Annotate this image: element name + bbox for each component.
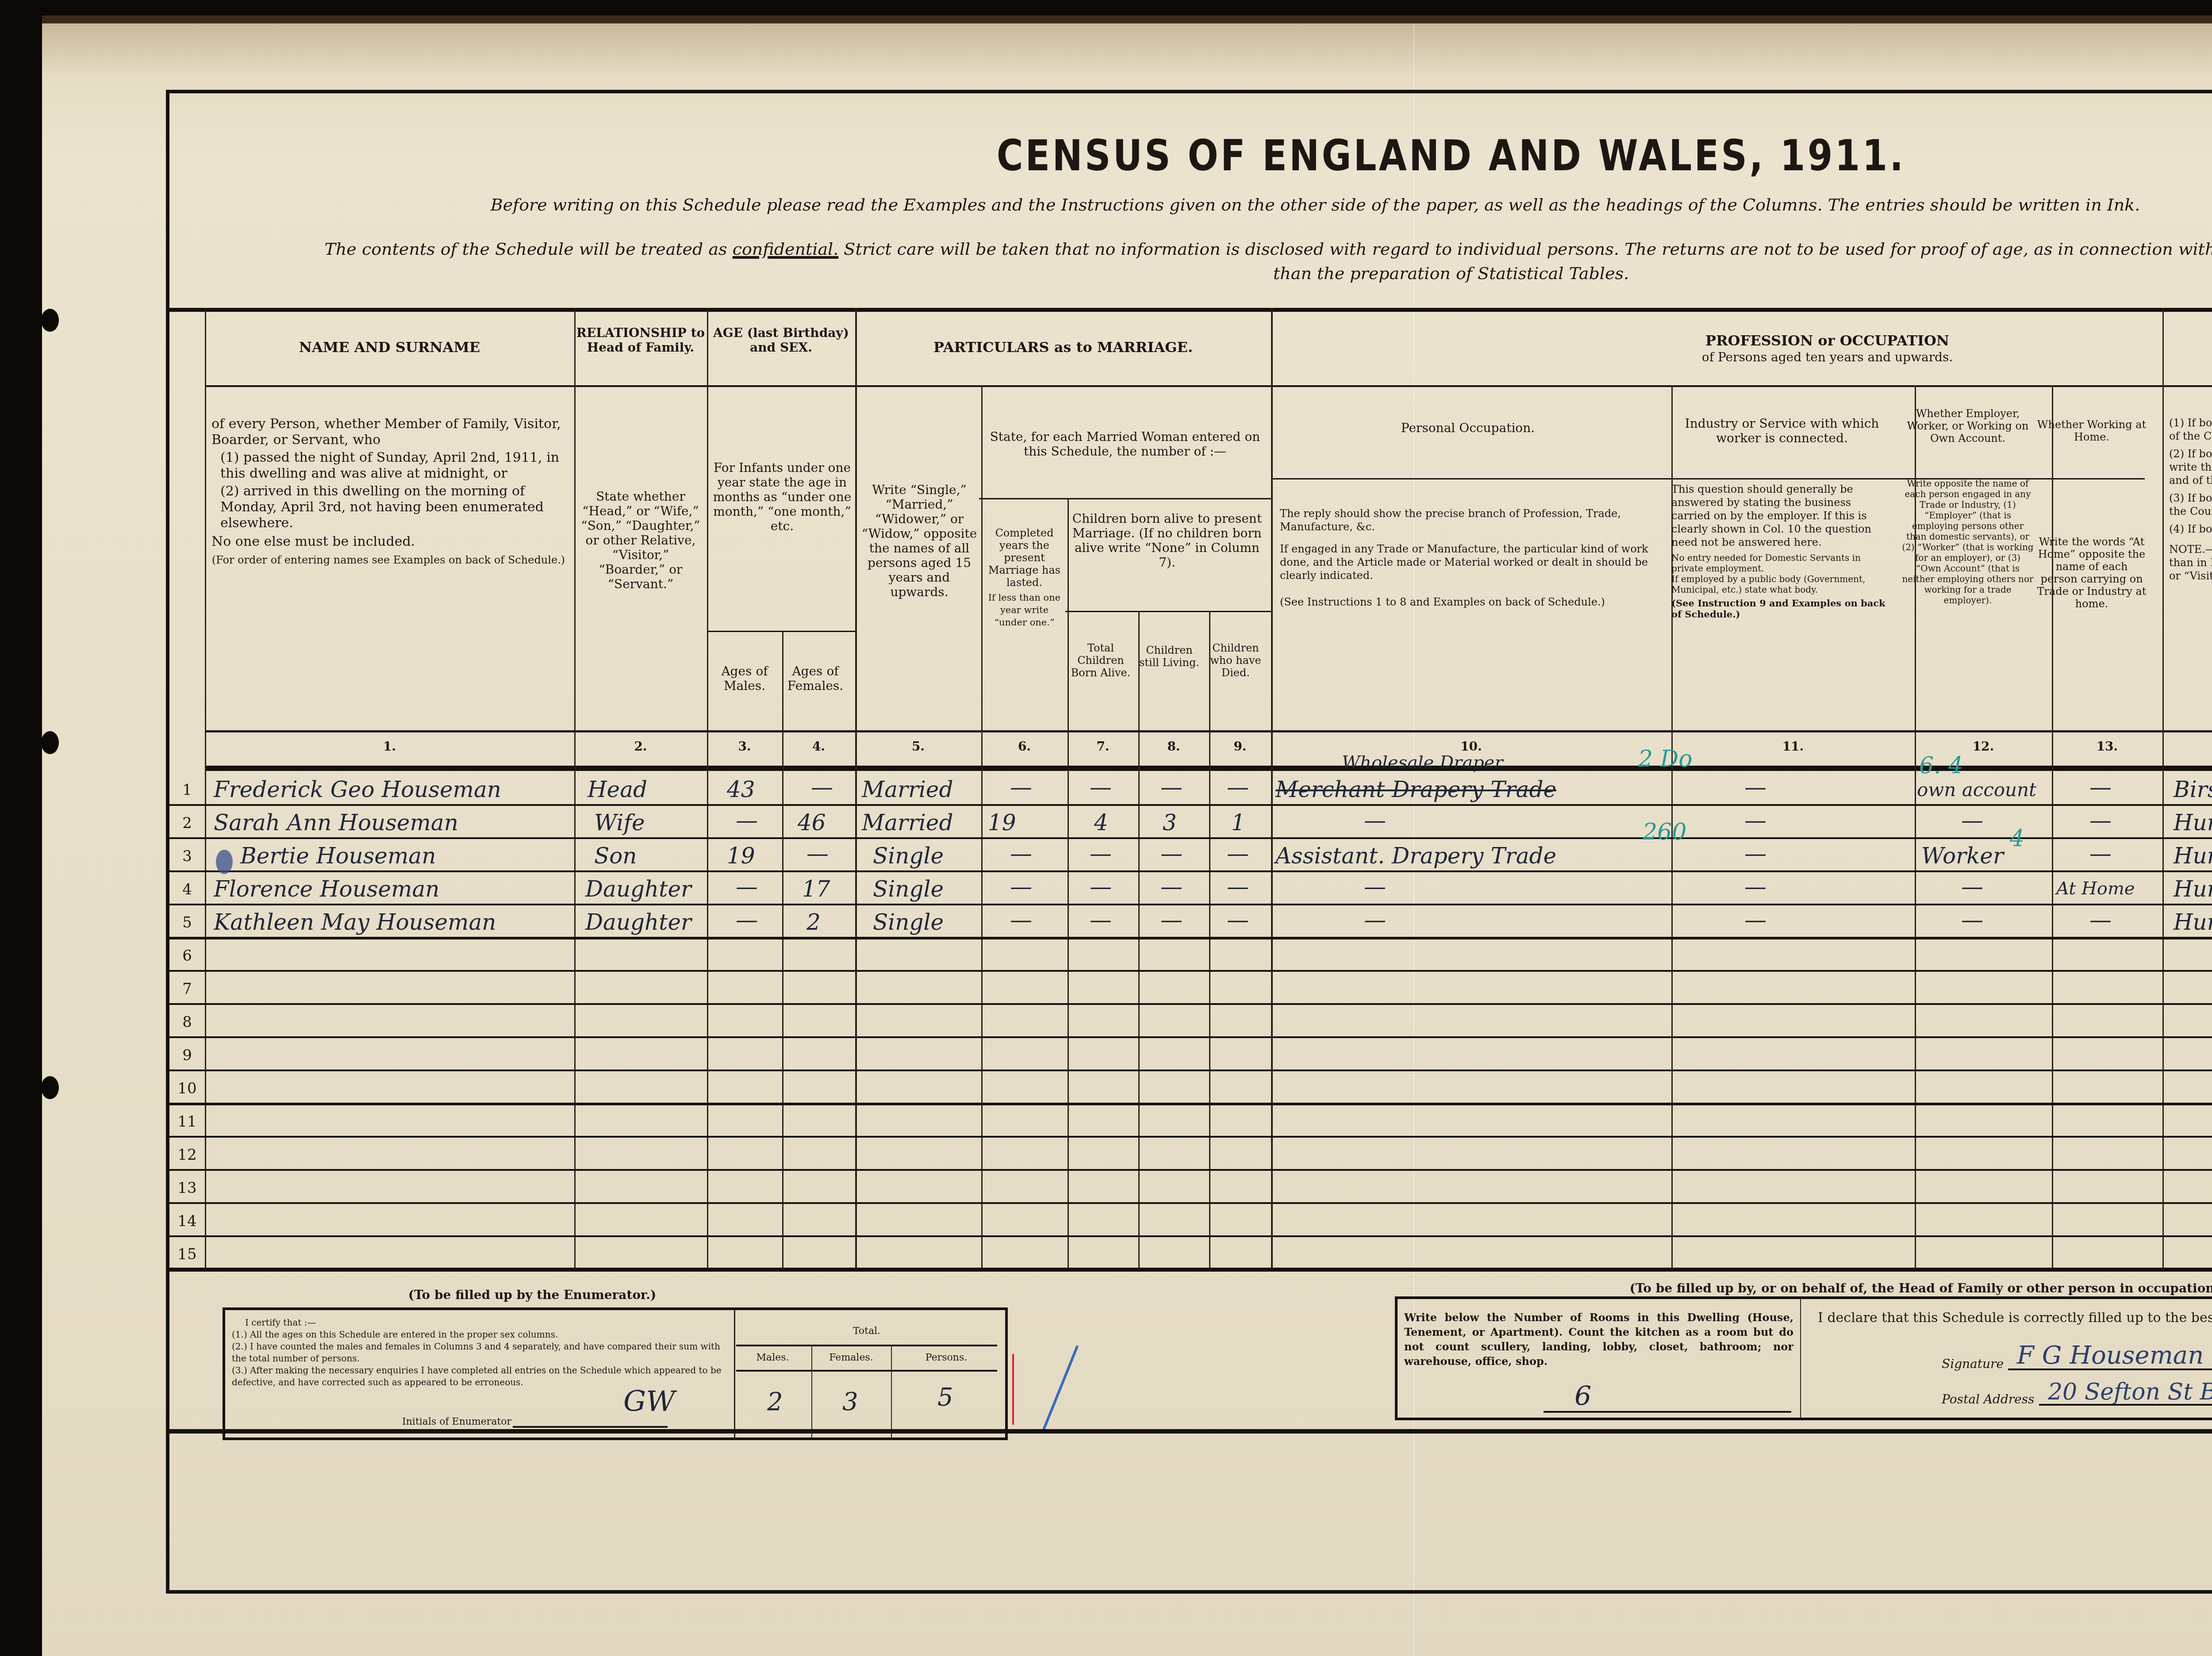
- cell-occupation: Assistant. Drapery Trade: [1275, 843, 1556, 869]
- header-occupation-sub: of Persons aged ten years and upwards.: [1271, 350, 2212, 364]
- cell-employer: —: [1961, 907, 1983, 933]
- row-number: 10: [174, 1080, 200, 1097]
- teal-annotation: 4: [2010, 825, 2024, 852]
- cell-at-home: —: [2089, 774, 2112, 800]
- cell-at-home: —: [2089, 907, 2112, 933]
- header-birthplace: BIRTHPLACE: [2162, 332, 2212, 349]
- cell-occupation: Merchant Drapery Trade: [1275, 777, 1556, 802]
- cell-years-married: 19: [988, 810, 1016, 836]
- cell-children-total: —: [1090, 874, 1112, 900]
- cell-children-total: 4: [1094, 810, 1108, 836]
- cell-at-home: —: [2089, 808, 2112, 833]
- column-divider: [574, 308, 576, 1268]
- total-females: 3: [842, 1388, 858, 1416]
- cell-children-total: —: [1090, 841, 1112, 866]
- rule: [707, 631, 855, 632]
- header-marriage: PARTICULARS as to MARRIAGE.: [855, 339, 1271, 356]
- row-number: 8: [174, 1013, 200, 1031]
- rule: [736, 1345, 997, 1346]
- row-rule: [169, 1235, 2212, 1237]
- column-divider: [1068, 498, 1069, 1268]
- column-divider: [855, 308, 857, 1268]
- cell-children-living: —: [1160, 841, 1183, 866]
- cell-years-married: —: [1010, 907, 1032, 933]
- blue-check-mark: [1041, 1345, 1079, 1432]
- row-rule: [169, 837, 2212, 839]
- cell-children-living: —: [1160, 774, 1183, 800]
- cell-age-male: —: [736, 907, 758, 933]
- label-children-living: Children still Living.: [1136, 644, 1202, 669]
- females-label: Females.: [811, 1352, 891, 1363]
- cell-children-died: —: [1227, 841, 1249, 866]
- rule-thick: [205, 766, 2212, 771]
- cell-years-married: —: [1010, 874, 1032, 900]
- cell-name: Sarah Ann Houseman: [214, 810, 458, 836]
- total-males: 2: [767, 1388, 783, 1416]
- cell-age-male: 19: [727, 843, 755, 869]
- cell-marital: Married: [862, 810, 953, 836]
- initials-label: Initials of Enumerator: [402, 1416, 511, 1427]
- column-divider: [782, 631, 783, 1268]
- row-number: 1: [174, 781, 200, 799]
- page-title: CENSUS OF ENGLAND AND WALES, 1911.: [362, 131, 2212, 180]
- census-schedule-sheet: CENSUS OF ENGLAND AND WALES, 1911. Befor…: [42, 15, 2212, 1656]
- label-children-total: Total Children Born Alive.: [1068, 642, 1134, 679]
- confidential-line-2: than the preparation of Statistical Tabl…: [169, 264, 2212, 283]
- label-employer: Whether Employer, Worker, or Working on …: [1901, 407, 2034, 445]
- instruction-married-woman: State, for each Married Woman entered on…: [983, 429, 1267, 459]
- row-number: 9: [174, 1046, 200, 1064]
- instruction-name: of every Person, whether Member of Famil…: [211, 416, 565, 567]
- cell-children-died: —: [1227, 874, 1249, 900]
- cell-age-female: 17: [802, 876, 830, 902]
- row-rule: [169, 937, 2212, 939]
- rule: [736, 1370, 997, 1372]
- instruction-personal-occupation: The reply should show the precise branch…: [1280, 507, 1660, 609]
- cell-birthplace: Birstwith Yorkshire: [2174, 777, 2212, 802]
- label-personal-occupation: Personal Occupation.: [1275, 421, 1660, 435]
- ink-blot: [216, 850, 233, 874]
- schedule-frame: CENSUS OF ENGLAND AND WALES, 1911. Befor…: [166, 90, 2212, 1594]
- cell-birthplace: Hunslet Leeds: [2174, 810, 2212, 836]
- header-age: AGE (last Birthday) and SEX.: [707, 326, 855, 355]
- teal-annotation: 6. 4: [1919, 752, 1963, 779]
- row-rule: [169, 1036, 2212, 1038]
- column-divider: [811, 1345, 812, 1437]
- confidential-line: The contents of the Schedule will be tre…: [196, 239, 2212, 259]
- column-divider: [1800, 1299, 1801, 1418]
- address-label: Postal Address: [1942, 1392, 2035, 1407]
- declaration: I declare that this Schedule is correctl…: [1818, 1310, 2212, 1326]
- signature-label: Signature: [1942, 1357, 2004, 1371]
- cell-relationship: Wife: [594, 810, 645, 836]
- cell-children-total: —: [1090, 907, 1112, 933]
- cell-age-male: —: [736, 874, 758, 900]
- teal-annotation: 2 Do: [1638, 746, 1693, 772]
- cell-occupation: —: [1364, 874, 1386, 900]
- males-label: Males.: [734, 1352, 811, 1363]
- cell-birthplace: Hunslet Leeds: [2174, 909, 2212, 935]
- row-number: 14: [174, 1212, 200, 1230]
- cell-name: Frederick Geo Houseman: [214, 777, 501, 802]
- enumerator-initials: GW: [623, 1385, 675, 1418]
- instruction-line: Before writing on this Schedule please r…: [169, 195, 2212, 215]
- cell-industry: —: [1744, 774, 1767, 800]
- persons-label: Persons.: [891, 1352, 1002, 1363]
- row-number: 6: [174, 947, 200, 965]
- row-number: 13: [174, 1179, 200, 1197]
- label-industry: Industry or Service with which worker is…: [1667, 416, 1897, 445]
- rule-thick: [169, 1429, 2212, 1434]
- row-number: 7: [174, 980, 200, 998]
- row-number: 11: [174, 1113, 200, 1131]
- cell-children-died: 1: [1231, 810, 1245, 836]
- rule: [169, 308, 2212, 312]
- column-divider: [2162, 308, 2164, 1268]
- header-name: NAME AND SURNAME: [205, 339, 574, 356]
- row-rule: [169, 970, 2212, 972]
- row-number: 15: [174, 1246, 200, 1263]
- row-rule: [169, 1069, 2212, 1071]
- total-persons: 5: [937, 1383, 953, 1412]
- enumerator-heading: (To be filled up by the Enumerator.): [223, 1288, 842, 1302]
- total-label: Total.: [734, 1326, 999, 1337]
- cell-industry: —: [1744, 874, 1767, 900]
- initials-line: [513, 1426, 668, 1428]
- rule: [1271, 478, 2145, 479]
- row-rule: [169, 1268, 2212, 1272]
- column-divider: [707, 308, 708, 1268]
- rule: [979, 498, 1271, 499]
- label-ages-males: Ages of Males.: [711, 664, 778, 693]
- header-occupation: PROFESSION or OCCUPATION: [1271, 332, 2212, 349]
- head-of-family-box: Write below the Number of Rooms in this …: [1395, 1296, 2212, 1420]
- label-ages-females: Ages of Females.: [780, 664, 851, 693]
- row-rule: [169, 1103, 2212, 1105]
- rooms-count: 6: [1575, 1381, 1591, 1412]
- row-number: 3: [174, 847, 200, 865]
- cell-birthplace: Hunslet Leeds: [2174, 843, 2212, 869]
- cell-name: Kathleen May Houseman: [214, 909, 496, 935]
- column-divider: [1915, 385, 1916, 1268]
- enumerator-box: I certify that :— (1.) All the ages on t…: [223, 1307, 1008, 1440]
- cell-age-female: 2: [806, 909, 821, 935]
- cell-occupation-correction: Wholesale Draper: [1342, 752, 1503, 773]
- row-rule: [169, 804, 2212, 806]
- rooms-instruction: Write below the Number of Rooms in this …: [1404, 1310, 1793, 1368]
- cell-at-home: At Home: [2056, 878, 2135, 899]
- cell-children-living: 3: [1163, 810, 1177, 836]
- instruction-age: For Infants under one year state the age…: [711, 460, 853, 533]
- cell-industry: —: [1744, 841, 1767, 866]
- cell-marital: Single: [873, 876, 944, 902]
- rule: [1065, 611, 1271, 612]
- cell-name: Bertie Houseman: [240, 843, 436, 869]
- cell-years-married: —: [1010, 841, 1032, 866]
- column-divider: [1271, 308, 1273, 1268]
- column-divider: [891, 1345, 892, 1437]
- instruction-industry: This question should generally be answer…: [1671, 483, 1893, 620]
- cell-age-female: 46: [798, 810, 826, 836]
- cell-age-female: —: [811, 774, 833, 800]
- cell-marital: Single: [873, 843, 944, 869]
- cell-children-total: —: [1090, 774, 1112, 800]
- instruction-relationship: State whether “Head,” or “Wife,” “Son,” …: [579, 489, 703, 591]
- column-divider: [2052, 385, 2053, 1268]
- row-number: 5: [174, 914, 200, 931]
- instruction-employer: Write opposite the name of each person e…: [1901, 478, 2034, 606]
- instruction-birthplace: (1) If born in the United Kingdom, write…: [2169, 416, 2212, 583]
- row-rule: [169, 1202, 2212, 1204]
- red-mark: [1012, 1354, 1014, 1425]
- header-relationship: RELATIONSHIP to Head of Family.: [574, 326, 707, 355]
- cell-employer: —: [1961, 874, 1983, 900]
- row-number: 12: [174, 1146, 200, 1164]
- signature: F G Houseman: [2017, 1341, 2204, 1370]
- row-rule: [169, 904, 2212, 905]
- column-divider: [205, 308, 206, 1268]
- rule: [205, 385, 2212, 387]
- cell-relationship: Son: [594, 843, 637, 869]
- cell-birthplace: Hunslet Leeds.: [2174, 876, 2212, 902]
- cell-at-home: —: [2089, 841, 2112, 866]
- rooms-line: [1544, 1411, 1791, 1413]
- instruction-marital: Write “Single,” “Married,” “Widower,” or…: [860, 483, 979, 599]
- cell-occupation: —: [1364, 808, 1386, 833]
- instruction-years-married: Completed years the present Marriage has…: [983, 527, 1065, 629]
- cell-employer: —: [1961, 808, 1983, 833]
- label-children-died: Children who have Died.: [1205, 642, 1267, 679]
- enumerator-certification: I certify that :— (1.) All the ages on t…: [232, 1317, 736, 1388]
- row-number: 2: [174, 814, 200, 832]
- cell-industry: —: [1744, 808, 1767, 833]
- row-rule: [169, 1003, 2212, 1005]
- header-birthplace-sub: of every person.: [2162, 350, 2212, 364]
- row-rule: [169, 1169, 2212, 1171]
- column-number-row: 1. 2. 3. 4. 5. 6. 7. 8. 9. 10. 11. 12. 1…: [205, 739, 2212, 757]
- teal-annotation: 260: [1643, 819, 1686, 845]
- punch-hole: [41, 1076, 59, 1099]
- cell-children-died: —: [1227, 774, 1249, 800]
- cell-relationship: Daughter: [585, 909, 691, 935]
- cell-age-male: 43: [727, 777, 755, 802]
- rule: [205, 730, 2212, 732]
- column-divider: [981, 385, 983, 1268]
- cell-marital: Married: [862, 777, 953, 802]
- cell-marital: Single: [873, 909, 944, 935]
- cell-employer: own account: [1917, 779, 2036, 801]
- row-number: 4: [174, 881, 200, 898]
- cell-age-male: —: [736, 808, 758, 833]
- row-rule: [169, 870, 2212, 872]
- cell-name: Florence Houseman: [214, 876, 440, 902]
- cell-age-female: —: [806, 841, 829, 866]
- cell-children-died: —: [1227, 907, 1249, 933]
- cell-years-married: —: [1010, 774, 1032, 800]
- cell-occupation: —: [1364, 907, 1386, 933]
- cell-relationship: Head: [588, 777, 647, 802]
- cell-relationship: Daughter: [585, 876, 691, 902]
- postal-address: 20 Sefton St Beeston Hill Leeds: [2048, 1379, 2212, 1405]
- confidential-word: confidential.: [733, 239, 839, 259]
- instruction-children: Children born alive to present Marriage.…: [1068, 511, 1267, 570]
- punch-hole: [41, 309, 59, 332]
- punch-hole: [41, 731, 59, 754]
- head-of-family-heading: (To be filled up by, or on behalf of, th…: [1390, 1281, 2212, 1296]
- cell-children-living: —: [1160, 874, 1183, 900]
- row-rule: [169, 1136, 2212, 1138]
- cell-industry: —: [1744, 907, 1767, 933]
- cell-children-living: —: [1160, 907, 1183, 933]
- cell-employer: Worker: [1921, 843, 2004, 869]
